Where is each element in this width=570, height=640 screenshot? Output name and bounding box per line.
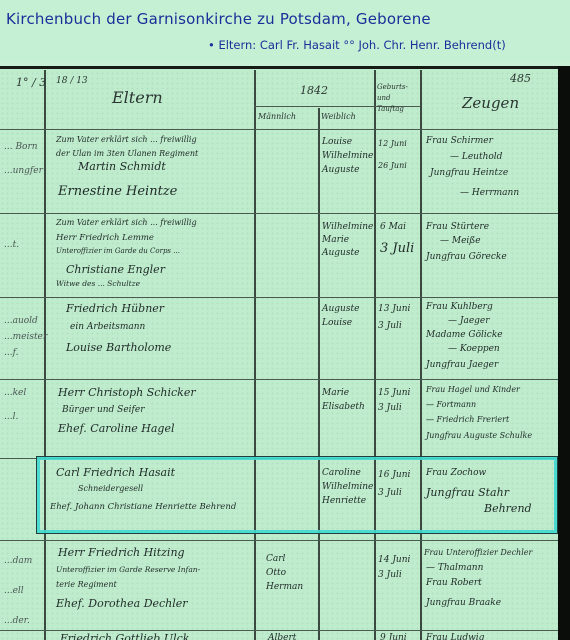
birth-date: 9 Juni bbox=[380, 633, 407, 640]
witness: — Friedrich Freriert bbox=[426, 415, 509, 424]
margin-note: ...meister bbox=[4, 332, 47, 342]
header-maennlich: Männlich bbox=[258, 112, 296, 121]
father-name: Carl Friedrich Hasait bbox=[56, 466, 175, 479]
witness: Frau Robert bbox=[426, 578, 482, 588]
margin-note: ...kel bbox=[4, 388, 26, 398]
rule-row-5 bbox=[0, 540, 558, 541]
mother-name: Louise Bartholome bbox=[66, 341, 171, 354]
header-col-a: 1° / 3 bbox=[16, 76, 46, 89]
parents-line: ein Arbeitsmann bbox=[70, 322, 145, 332]
mother-name: Ehef. Johann Christiane Henriette Behren… bbox=[50, 502, 236, 512]
birth-date: 12 Juni bbox=[378, 139, 407, 148]
parents-line: Zum Vater erklärt sich ... freiwillig bbox=[56, 218, 197, 227]
parents-line: Unteroffizier im Garde du Corps ... bbox=[56, 247, 180, 255]
child-name: Auguste bbox=[322, 304, 359, 314]
witness: Frau Hagel und Kinder bbox=[426, 385, 520, 394]
witness: Frau Ludwig bbox=[426, 633, 484, 640]
parents-line: Bürger und Seifer bbox=[62, 405, 145, 415]
child-name: Auguste bbox=[322, 248, 359, 258]
page-number: 485 bbox=[510, 72, 531, 85]
child-name: Carl bbox=[266, 554, 285, 564]
header-year: 1842 bbox=[300, 84, 328, 97]
witness: — Meiße bbox=[440, 236, 481, 246]
mother-name: Ehef. Dorothea Dechler bbox=[56, 597, 188, 610]
margin-note: ...auold bbox=[4, 316, 38, 326]
child-name: Louise bbox=[322, 137, 352, 147]
witness: — Koeppen bbox=[448, 344, 500, 354]
witness: Jungfrau Görecke bbox=[426, 252, 507, 262]
margin-note: ...ell bbox=[4, 586, 24, 596]
parents-line: terie Regiment bbox=[56, 580, 117, 589]
parents-line: Witwe des ... Schultze bbox=[56, 279, 140, 288]
rule-col-1 bbox=[44, 70, 46, 640]
child-name: Caroline bbox=[322, 468, 361, 478]
rule-row-1 bbox=[0, 213, 558, 214]
witness: Behrend bbox=[484, 502, 532, 515]
witness: — Herrmann bbox=[460, 188, 519, 198]
mother-name: Christiane Engler bbox=[66, 263, 165, 276]
child-name: Wilhelmine bbox=[322, 482, 373, 492]
rule-row-3 bbox=[0, 379, 558, 380]
header-col-b: 18 / 13 bbox=[56, 76, 88, 86]
child-name: Marie bbox=[322, 235, 349, 245]
mother-name: Ehef. Caroline Hagel bbox=[58, 422, 175, 435]
child-name: Henriette bbox=[322, 496, 366, 506]
witness: Frau Unteroffizier Dechler bbox=[424, 548, 532, 557]
witness: Jungfrau Auguste Schulke bbox=[426, 431, 532, 440]
rule-row-6 bbox=[0, 630, 558, 631]
witness: Madame Gölicke bbox=[426, 330, 503, 340]
parents-line: der Ulan im 3ten Ulanen Regiment bbox=[56, 149, 198, 158]
annotation-title: Kirchenbuch der Garnisonkirche zu Potsda… bbox=[6, 10, 431, 28]
witness: Frau Zochow bbox=[426, 468, 486, 478]
father-name: Friedrich Hübner bbox=[66, 302, 164, 315]
rule-row-2 bbox=[0, 297, 558, 298]
child-name: Albert bbox=[268, 633, 296, 640]
parents-line: Zum Vater erklärt sich ... freiwillig bbox=[56, 135, 197, 144]
witness: Jungfrau Heintze bbox=[430, 168, 508, 178]
birth-date: 14 Juni bbox=[378, 555, 410, 565]
margin-note: ...der. bbox=[4, 616, 30, 626]
child-name: Marie bbox=[322, 388, 349, 398]
rule-col-5 bbox=[420, 70, 422, 640]
margin-note: ... Born bbox=[4, 142, 38, 152]
birth-date: 15 Juni bbox=[378, 388, 410, 398]
father-occupation: Schneidergesell bbox=[78, 484, 143, 493]
header-eltern: Eltern bbox=[112, 88, 163, 107]
annotation-subtitle: • Eltern: Carl Fr. Hasait °° Joh. Chr. H… bbox=[208, 38, 506, 52]
baptism-date: 3 Juli bbox=[378, 403, 402, 413]
witness: — Jaeger bbox=[448, 316, 490, 326]
witness: — Leuthold bbox=[450, 152, 502, 162]
margin-note: ...ungfer bbox=[4, 166, 43, 176]
baptism-date: 3 Juli bbox=[380, 241, 414, 256]
father-name: Herr Friedrich Hitzing bbox=[58, 546, 185, 559]
child-name: Elisabeth bbox=[322, 402, 365, 412]
child-name: Wilhelmine bbox=[322, 222, 373, 232]
rule-col-2 bbox=[254, 70, 256, 640]
child-name: Otto bbox=[266, 568, 286, 578]
margin-note: ...dam bbox=[4, 556, 32, 566]
margin-note: ...t. bbox=[4, 240, 19, 250]
witness: Frau Kuhlberg bbox=[426, 302, 493, 312]
witness: Frau Stürtere bbox=[426, 222, 489, 232]
mother-name: Ernestine Heintze bbox=[58, 184, 177, 199]
page-right-edge bbox=[558, 66, 570, 640]
witness: Jungfrau Jaeger bbox=[426, 360, 498, 370]
header-geburt-taufe: Geburts- und Tauftag bbox=[377, 82, 419, 115]
baptism-date: 3 Juli bbox=[378, 488, 402, 498]
birth-date: 13 Juni bbox=[378, 304, 410, 314]
child-name: Herman bbox=[266, 582, 303, 592]
witness: — Fortmann bbox=[426, 400, 476, 409]
header-weiblich: Weiblich bbox=[321, 112, 356, 121]
margin-note: ...f. bbox=[4, 348, 18, 358]
witness: Jungfrau Braake bbox=[426, 598, 501, 608]
child-name: Wilhelmine bbox=[322, 151, 373, 161]
birth-date: 16 Juni bbox=[378, 470, 410, 480]
witness: Frau Schirmer bbox=[426, 136, 493, 146]
rule-row-0 bbox=[0, 129, 558, 130]
father-name: Herr Friedrich Lemme bbox=[56, 233, 154, 243]
baptism-date: 26 Juni bbox=[378, 161, 407, 170]
child-name: Auguste bbox=[322, 165, 359, 175]
parents-line: Unteroffizier im Garde Reserve Infan- bbox=[56, 565, 200, 574]
father-name: Martin Schmidt bbox=[78, 160, 166, 173]
father-name: Friedrich Gottlieb Ulck bbox=[60, 632, 189, 640]
rule-col-4 bbox=[374, 70, 376, 640]
child-name: Louise bbox=[322, 318, 352, 328]
baptism-date: 3 Juli bbox=[378, 321, 402, 331]
rule-col-3 bbox=[318, 108, 320, 640]
witness: — Thalmann bbox=[426, 563, 483, 573]
margin-note: ...l. bbox=[4, 412, 18, 422]
father-name: Herr Christoph Schicker bbox=[58, 386, 196, 399]
birth-date: 6 Mai bbox=[380, 222, 406, 232]
witness: Jungfrau Stahr bbox=[426, 486, 509, 499]
header-zeugen: Zeugen bbox=[462, 94, 519, 112]
page-top-edge bbox=[0, 66, 570, 69]
baptism-date: 3 Juli bbox=[378, 570, 402, 580]
